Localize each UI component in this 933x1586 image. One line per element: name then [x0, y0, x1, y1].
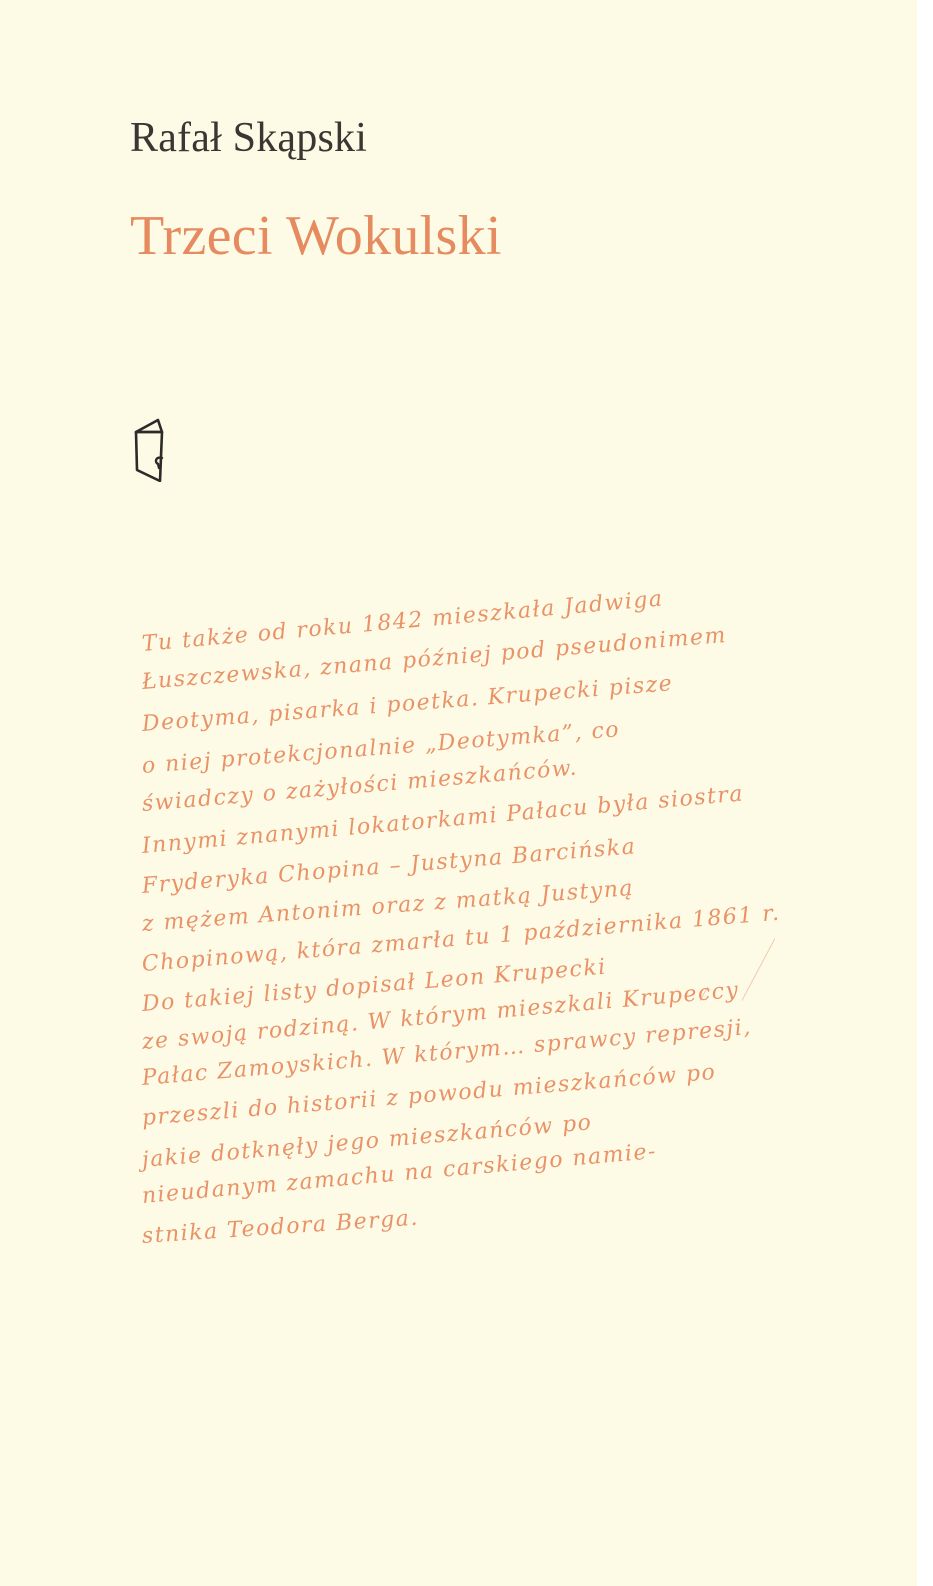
pen-stroke-mark — [741, 939, 775, 1001]
book-cover: Rafał Skąpski Trzeci Wokulski Tu także o… — [0, 0, 917, 1586]
handwriting-line: stnika Teodora Berga. — [141, 1206, 419, 1249]
author-name: Rafał Skąpski — [130, 112, 367, 164]
book-title: Trzeci Wokulski — [130, 202, 502, 270]
folded-book-logo-icon — [128, 410, 172, 482]
